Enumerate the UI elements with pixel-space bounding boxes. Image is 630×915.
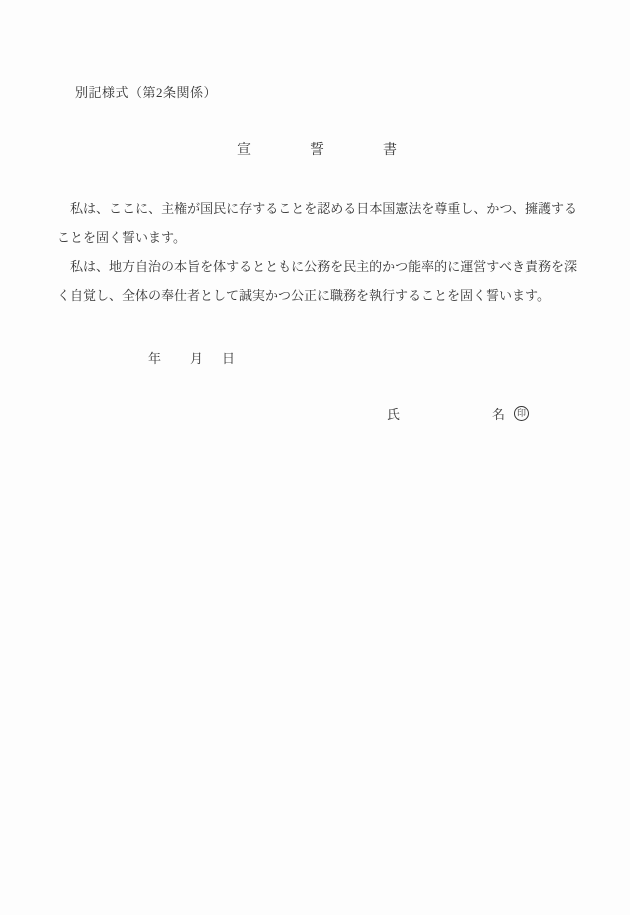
oath-body: 私は、ここに、主権が国民に存することを認める日本国憲法を尊重し、かつ、擁護するこ… [57,194,577,310]
form-reference-label: 別記様式（第2条関係） [75,82,217,101]
first-name-label: 名 [492,404,505,423]
year-label: 年 [148,351,161,366]
oath-paragraph-duties: 私は、地方自治の本旨を体するとともに公務を民主的かつ能率的に運営すべき責務を深く… [57,252,577,310]
oath-document-page: 別記様式（第2条関係） 宣誓書 私は、ここに、主権が国民に存することを認める日本… [0,0,630,915]
last-name-label: 氏 [387,404,400,423]
seal-stamp-icon: 印 [514,406,529,421]
day-label: 日 [222,351,235,366]
date-line: 年月日 [148,348,235,367]
oath-paragraph-constitution: 私は、ここに、主権が国民に存することを認める日本国憲法を尊重し、かつ、擁護するこ… [57,194,577,252]
signature-line: 氏 名 印 [387,404,529,423]
document-title: 宣誓書 [237,139,456,159]
seal-character: 印 [517,409,526,418]
month-label: 月 [190,351,203,366]
